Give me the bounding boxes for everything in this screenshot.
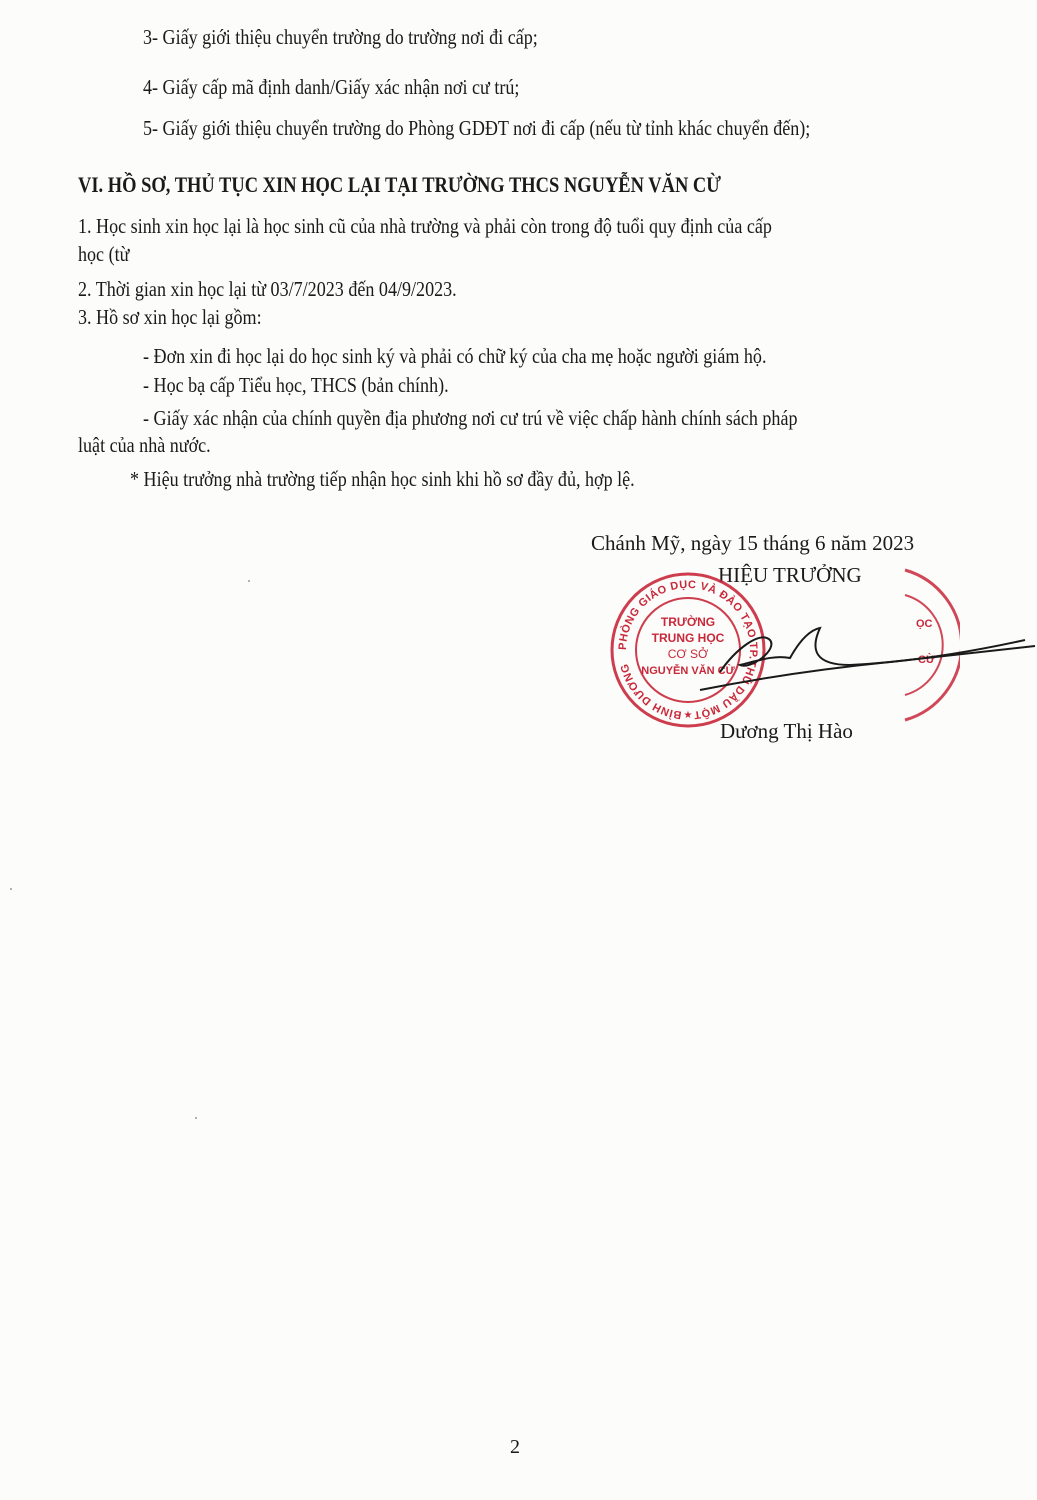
doc-item: - Học bạ cấp Tiểu học, THCS (bản chính). — [143, 372, 449, 398]
item-3: 3. Hồ sơ xin học lại gồm: — [78, 304, 262, 330]
doc-item-continued: luật của nhà nước. — [78, 432, 211, 458]
page-number: 2 — [510, 1436, 520, 1459]
item-1-line-1: 1. Học sinh xin học lại là học sinh cũ c… — [78, 213, 772, 239]
svg-text:★: ★ — [684, 710, 693, 721]
signature-scribble — [690, 610, 1037, 700]
section-heading: VI. HỒ SƠ, THỦ TỤC XIN HỌC LẠI TẠI TRƯỜN… — [78, 172, 721, 198]
list-item-4: 4- Giấy cấp mã định danh/Giấy xác nhận n… — [143, 74, 519, 100]
place-date: Chánh Mỹ, ngày 15 tháng 6 năm 2023 — [591, 530, 914, 556]
note: * Hiệu trưởng nhà trường tiếp nhận học s… — [130, 466, 635, 492]
item-1-line-2: học (từ — [78, 241, 129, 267]
list-item-3: 3- Giấy giới thiệu chuyển trường do trườ… — [143, 24, 538, 50]
item-2: 2. Thời gian xin học lại từ 03/7/2023 đế… — [78, 276, 457, 302]
signer-name: Dương Thị Hào — [720, 718, 853, 744]
doc-item: - Đơn xin đi học lại do học sinh ký và p… — [143, 343, 766, 369]
doc-item: - Giấy xác nhận của chính quyền địa phươ… — [143, 405, 798, 431]
list-item-5: 5- Giấy giới thiệu chuyển trường do Phòn… — [143, 115, 810, 141]
